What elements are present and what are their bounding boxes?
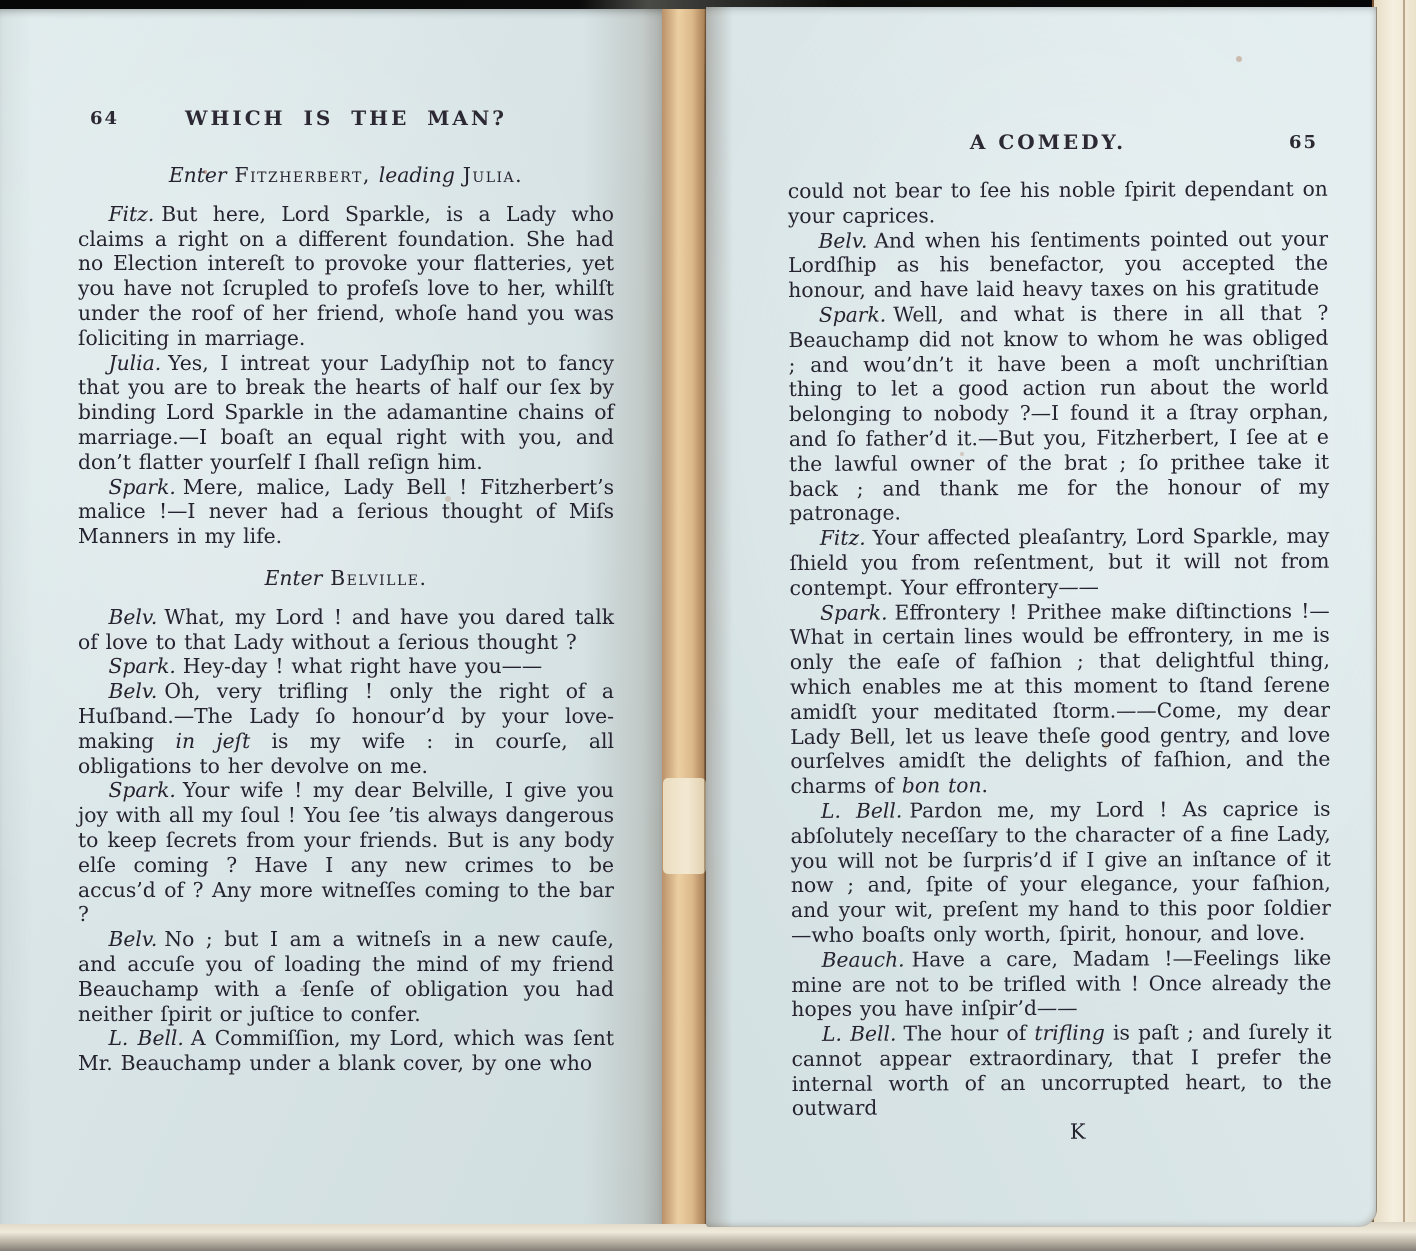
speech-paragraph: Spark.Hey-day ! what right have you—— [78, 654, 614, 679]
speech-text: Well, and what is there in all that ? Be… [788, 301, 1329, 526]
speaker-label: Fitz. [820, 526, 873, 550]
emphasis-text: in jeſt [175, 729, 250, 753]
book-scan: 64 WHICH IS THE MAN? Enter Fitzherbert, … [0, 0, 1416, 1251]
speaker-label: Belv. [818, 228, 874, 252]
speech-continuation: could not bear to ſee his noble ſpirit d… [788, 177, 1328, 229]
speech-paragraph: Beauch.Have a care, Madam !—Feelings lik… [791, 945, 1331, 1022]
speech-paragraph: Spark.Effrontery ! Prithee make diſtinct… [790, 598, 1331, 799]
speech-paragraph: Belv.And when his ſentiments pointed out… [788, 226, 1328, 303]
book-gutter [662, 9, 706, 1224]
emphasis-text: trifling [1034, 1021, 1104, 1045]
speaker-label: Spark. [819, 303, 894, 327]
stage-direction: Enter Fitzherbert, leading Julia. [78, 163, 614, 188]
speech-paragraph: Spark.Mere, malice, Lady Bell ! Fitzherb… [78, 475, 614, 549]
speech-paragraph: L. Bell.The hour of trifling is paſt ; a… [791, 1020, 1331, 1122]
running-title: A COMEDY. [778, 130, 1318, 154]
speech-paragraph: Fitz.Your affected pleaſantry, Lord Spar… [789, 524, 1329, 601]
speech-text: . [981, 773, 988, 797]
emphasis-text: bon ton [902, 773, 982, 797]
stage-word: Enter [169, 163, 227, 187]
signature-mark: K [792, 1119, 1332, 1146]
page-number: 64 [90, 108, 119, 129]
speaker-label: Spark. [108, 778, 182, 802]
speech-paragraph: Spark.Your wife ! my dear Belville, I gi… [78, 778, 614, 927]
speech-text: Hey-day ! what right have you—— [183, 654, 542, 678]
stage-word: leading [379, 163, 455, 187]
speech-paragraph: Fitz.But here, Lord Sparkle, is a Lady w… [78, 202, 614, 351]
gutter-crease [704, 12, 706, 1217]
speaker-label: Fitz. [108, 202, 161, 226]
character-name: Belville. [330, 566, 427, 590]
speech-paragraph: Spark.Well, and what is there in all tha… [788, 301, 1329, 527]
character-name: Fitzherbert, [235, 163, 371, 187]
speech-paragraph: L. Bell.Pardon me, my Lord ! As caprice … [790, 797, 1331, 948]
speech-paragraph: Belv.What, my Lord ! and have you dared … [78, 605, 614, 655]
speaker-label: Spark. [108, 475, 182, 499]
speaker-label: L. Bell. [821, 798, 909, 822]
speaker-label: Beauch. [822, 947, 912, 971]
speaker-label: Belv. [108, 679, 164, 703]
page-number: 65 [1289, 132, 1318, 153]
speech-paragraph: L. Bell.A Commiſſion, my Lord, which was… [78, 1026, 614, 1076]
speaker-label: Belv. [108, 605, 164, 629]
right-page-text: could not bear to ſee his noble ſpirit d… [788, 177, 1332, 1146]
speaker-label: Belv. [108, 927, 164, 951]
page-edge-line [1403, 0, 1405, 1231]
gutter-highlight [663, 778, 706, 874]
left-page-header: 64 WHICH IS THE MAN? [78, 106, 614, 132]
speech-paragraph: Belv.Oh, very trifling ! only the right … [78, 679, 614, 778]
right-page-header: A COMEDY. 65 [792, 130, 1332, 156]
running-title: WHICH IS THE MAN? [78, 106, 614, 130]
speech-text: could not bear to ſee his noble ſpirit d… [788, 177, 1328, 228]
speech-paragraph: Julia.Yes, I intreat your Ladyſhip not t… [78, 351, 614, 475]
speaker-label: Julia. [108, 351, 168, 375]
paper-specks [0, 0, 4, 4]
speech-text: The hour of [903, 1021, 1034, 1046]
character-name: Julia. [463, 163, 523, 187]
left-page-text: Enter Fitzherbert, leading Julia. Fitz.B… [78, 158, 614, 1076]
speech-text: Effrontery ! Prithee make diſtinctions !… [790, 598, 1331, 798]
stage-direction: Enter Belville. [78, 566, 614, 591]
speaker-label: L. Bell. [108, 1026, 190, 1050]
speech-paragraph: Belv.No ; but I am a witneſs in a new ca… [78, 927, 614, 1026]
speaker-label: L. Bell. [822, 1022, 904, 1046]
stage-word: Enter [265, 566, 323, 590]
page-stack-right-edge [1372, 0, 1416, 1231]
speaker-label: Spark. [108, 654, 182, 678]
speaker-label: Spark. [820, 600, 895, 624]
